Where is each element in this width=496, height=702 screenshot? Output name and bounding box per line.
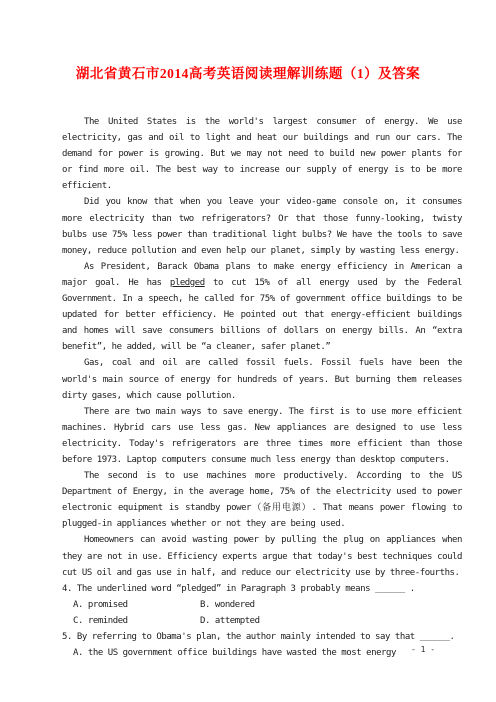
paragraph-3-text-after: to cut 15% of all energy used by the Fed… — [62, 278, 462, 352]
question-4-option-c: C. reminded — [73, 613, 200, 629]
passage-paragraph-5: There are two main ways to save energy. … — [62, 404, 462, 468]
question-5-option-a: A. the US government office buildings ha… — [73, 645, 462, 661]
passage-paragraph-3: As President, Barack Obama plans to make… — [62, 259, 462, 356]
question-4-options-row-1: A. promisedB. wondered — [73, 597, 462, 613]
question-5-stem: 5. By referring to Obama's plan, the aut… — [62, 629, 462, 645]
question-4-option-b: B. wondered — [200, 597, 255, 613]
passage-paragraph-1: The United States is the world's largest… — [62, 114, 462, 194]
passage-body: The United States is the world's largest… — [62, 114, 462, 661]
passage-paragraph-6: The second is to use machines more produ… — [62, 468, 462, 532]
document-title: 湖北省黄石市2014高考英语阅读理解训练题（1）及答案 — [0, 62, 496, 82]
question-4-option-d: D. attempted — [200, 613, 260, 629]
question-4-options-row-2: C. remindedD. attempted — [73, 613, 462, 629]
question-4-option-a: A. promised — [73, 597, 200, 613]
question-4-stem: 4. The underlined word “pledged” in Para… — [62, 581, 462, 597]
passage-paragraph-7: Homeowners can avoid wasting power by pu… — [62, 532, 462, 580]
page-number: - 1 - — [411, 645, 435, 654]
passage-paragraph-2: Did you know that when you leave your vi… — [62, 194, 462, 258]
passage-paragraph-4: Gas, coal and oil are called fossil fuel… — [62, 355, 462, 403]
document-page: 湖北省黄石市2014高考英语阅读理解训练题（1）及答案 The United S… — [0, 0, 496, 702]
underlined-word-pledged: pledged — [170, 278, 205, 288]
